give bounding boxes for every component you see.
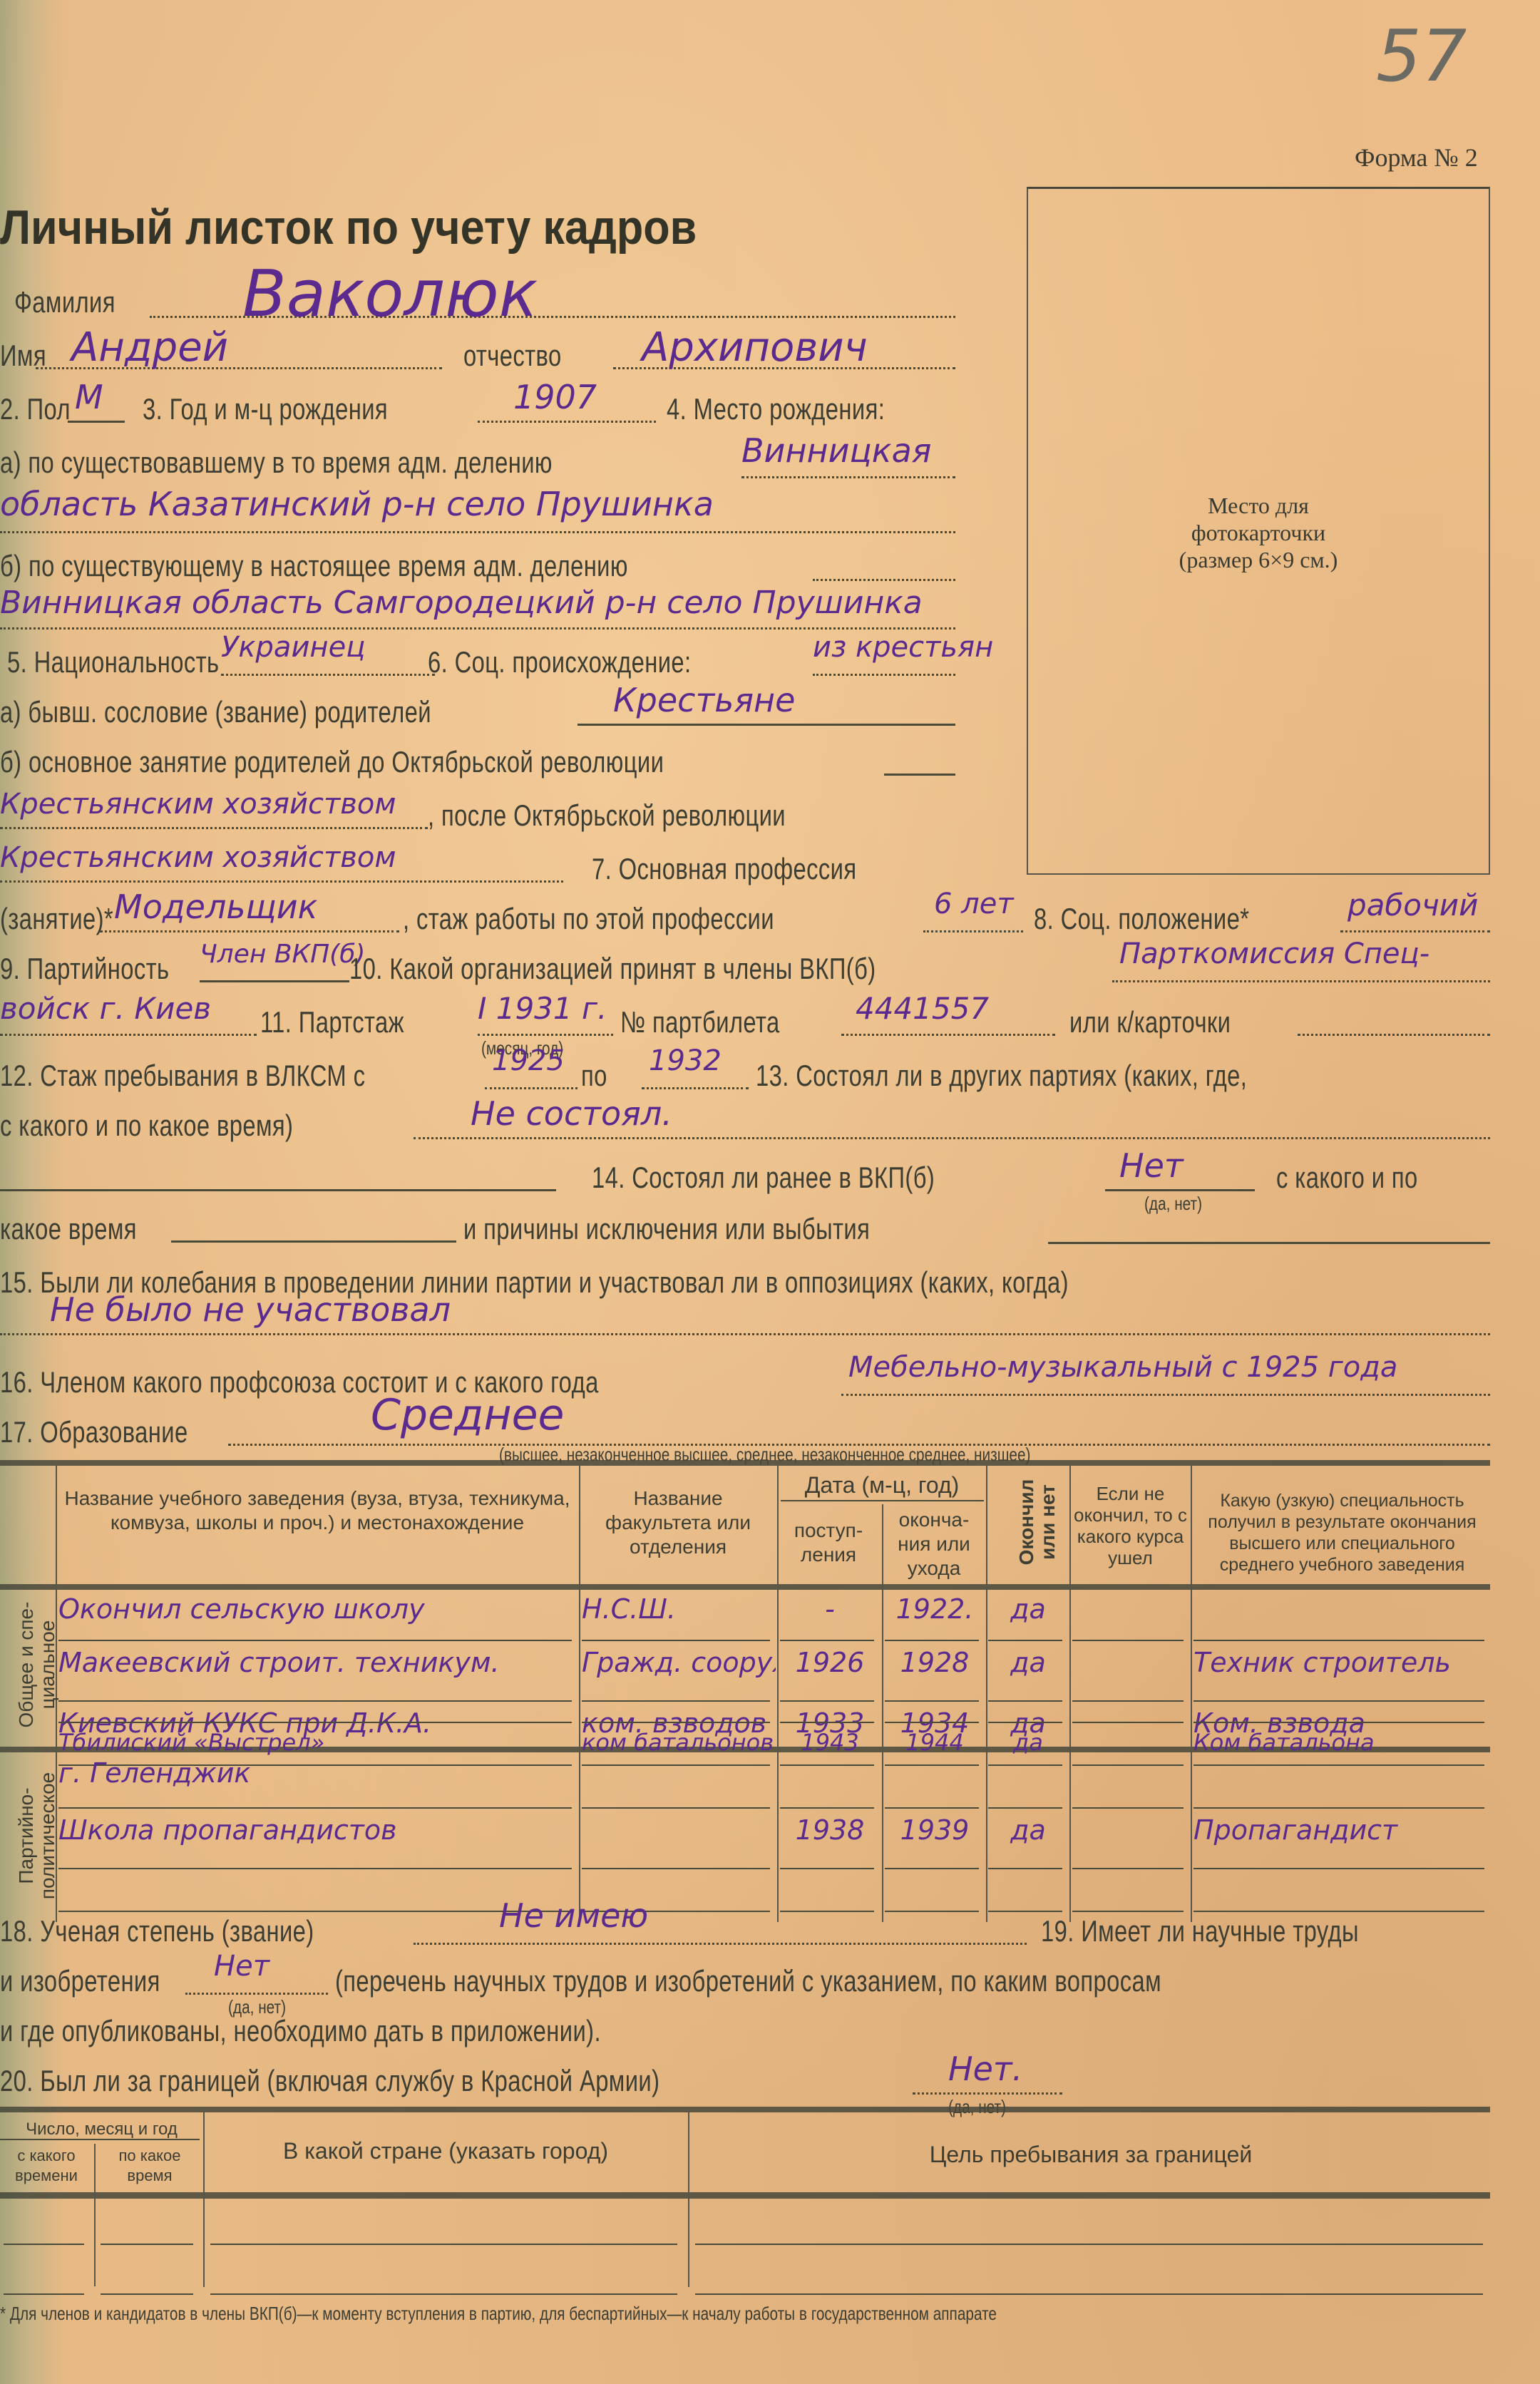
header-finished: Окончил или нет bbox=[1016, 1465, 1059, 1579]
edu-row-line bbox=[582, 1807, 770, 1809]
abroad-row-line bbox=[210, 2293, 677, 2295]
nationality-value[interactable]: Украинец bbox=[221, 631, 365, 664]
surname-value[interactable]: Ваколюк bbox=[242, 257, 538, 332]
social-origin-label: 6. Соц. происхождение: bbox=[428, 645, 692, 679]
works-note: (перечень научных трудов и изобретений с… bbox=[335, 1964, 1161, 1998]
abroad-row-line bbox=[695, 2244, 1483, 2245]
photo-box-caption: Место для фотокарточки (размер 6×9 см.) bbox=[1027, 492, 1490, 573]
prev-vkp-value[interactable]: Нет bbox=[1119, 1146, 1184, 1185]
party-since-value[interactable]: I 1931 г. bbox=[478, 991, 607, 1026]
parents-occupation-before-value[interactable]: Крестьянским хозяйством bbox=[0, 788, 396, 821]
edu-row-line bbox=[582, 1640, 770, 1641]
works-label2: и изобретения bbox=[0, 1964, 160, 1998]
edu-row-line bbox=[1072, 1700, 1184, 1702]
edu-cell-exit[interactable]: 1939 bbox=[885, 1814, 985, 1846]
edu-row-line bbox=[58, 1807, 572, 1809]
works-label: 19. Имеет ли научные труды bbox=[1041, 1914, 1359, 1948]
form-number: Форма № 2 bbox=[1355, 143, 1478, 173]
abroad-header-from: с какого времени bbox=[0, 2146, 93, 2186]
header-institution: Название учебного заведения (вуза, втуза… bbox=[57, 1486, 577, 1535]
degree-label: 18. Ученая степень (звание) bbox=[0, 1914, 314, 1948]
abroad-row-line bbox=[101, 2293, 193, 2295]
header-faculty: Название факультета или отделения bbox=[581, 1486, 775, 1559]
edu-row-line bbox=[58, 1722, 572, 1723]
header-exit: оконча-ния или ухода bbox=[884, 1508, 984, 1581]
edu-row-line bbox=[1193, 1807, 1484, 1809]
opposition-value[interactable]: Не было не участвовал bbox=[50, 1290, 451, 1329]
komsomol-to-label: по bbox=[581, 1059, 607, 1093]
parents-occupation-after-label: , после Октябрьской революции bbox=[428, 798, 786, 833]
edu-cell-institution[interactable]: Тбилиский «Выстрел» bbox=[58, 1729, 577, 1756]
trade-union-value[interactable]: Мебельно-музыкальный с 1925 года bbox=[848, 1351, 1397, 1384]
works-value[interactable]: Нет bbox=[214, 1950, 269, 1983]
komsomol-from[interactable]: 1925 bbox=[492, 1044, 565, 1077]
edu-row-line bbox=[780, 1764, 874, 1766]
birth-place-now-label: б) по существующему в настоящее время ад… bbox=[0, 549, 628, 583]
edu-row-line bbox=[780, 1807, 874, 1809]
prev-vkp-label4: и причины исключения или выбытия bbox=[463, 1212, 870, 1246]
abroad-row-line bbox=[4, 2293, 84, 2295]
edu-cell-exit[interactable]: 1944 bbox=[885, 1729, 985, 1756]
birth-place-now-value[interactable]: Винницкая область Самгородецкий р-н село… bbox=[0, 585, 923, 621]
header-entry: поступ-ления bbox=[779, 1519, 878, 1567]
edu-cell-faculty[interactable]: Н.С.Ш. bbox=[582, 1593, 776, 1625]
edu-row-line bbox=[988, 1911, 1062, 1912]
party-value[interactable]: Член ВКП(б) bbox=[200, 940, 365, 969]
edu-row-line bbox=[1193, 1700, 1484, 1702]
edu-row-line bbox=[988, 1764, 1062, 1766]
abroad-row-line bbox=[4, 2244, 84, 2245]
education-value[interactable]: Среднее bbox=[371, 1390, 564, 1440]
edu-row-line bbox=[885, 1911, 979, 1912]
edu-row-line bbox=[988, 1868, 1062, 1869]
abroad-row-line bbox=[101, 2244, 193, 2245]
profession-label2: (занятие)* bbox=[0, 902, 113, 936]
sex-label: 2. Пол bbox=[0, 392, 71, 426]
parents-estate-label: а) бывш. сословие (звание) родителей bbox=[0, 695, 431, 729]
edu-cell-faculty[interactable]: Гражд. сооруж. bbox=[582, 1647, 776, 1678]
edu-cell-specialty[interactable]: Ком батальона bbox=[1193, 1729, 1490, 1756]
edu-cell-institution[interactable]: Окончил сельскую школу bbox=[58, 1593, 577, 1625]
birth-place-then-value-2[interactable]: область Казатинский р-н село Прушинка bbox=[0, 485, 714, 523]
edu-cell-finished[interactable]: да bbox=[988, 1729, 1068, 1756]
edu-row-line bbox=[582, 1722, 770, 1723]
page-number: 57 bbox=[1376, 14, 1467, 98]
edu-row-line bbox=[1193, 1868, 1484, 1869]
other-parties-label2: с какого и по какое время) bbox=[0, 1109, 293, 1143]
parents-occupation-label: б) основное занятие родителей до Октябрь… bbox=[0, 745, 664, 779]
profession-label: 7. Основная профессия bbox=[592, 852, 856, 886]
edu-row-line bbox=[1193, 1722, 1484, 1723]
footnote: * Для членов и кандидатов в члены ВКП(б)… bbox=[0, 2303, 997, 2325]
party-label: 9. Партийность bbox=[0, 952, 170, 986]
edu-cell-entry[interactable]: 1943 bbox=[780, 1729, 880, 1756]
other-parties-value[interactable]: Не состоял. bbox=[471, 1094, 672, 1133]
edu-row-line bbox=[58, 1700, 572, 1702]
edu-row-line bbox=[1193, 1764, 1484, 1766]
edu-cell-entry[interactable]: 1926 bbox=[780, 1647, 880, 1678]
edu-row-line bbox=[1072, 1764, 1184, 1766]
experience-value[interactable]: 6 лет bbox=[934, 888, 1014, 920]
edu-cell-finished[interactable]: да bbox=[988, 1593, 1068, 1625]
edu-row-line bbox=[988, 1807, 1062, 1809]
admitted-by-label: 10. Какой организацией принят в члены ВК… bbox=[349, 952, 876, 986]
edu-row-line bbox=[885, 1764, 979, 1766]
works-note2: и где опубликованы, необходимо дать в пр… bbox=[0, 2014, 601, 2048]
prev-vkp-label: 14. Состоял ли ранее в ВКП(б) bbox=[592, 1161, 935, 1195]
name-value[interactable]: Андрей bbox=[71, 324, 228, 371]
abroad-value[interactable]: Нет. bbox=[948, 2050, 1022, 2088]
profession-value[interactable]: Модельщик bbox=[114, 888, 317, 926]
edu-cell-finished[interactable]: да bbox=[988, 1814, 1068, 1846]
group-label-general: Общее и спе-циальное bbox=[16, 1590, 58, 1740]
birth-place-then-value-1[interactable]: Винницкая bbox=[741, 431, 931, 470]
education-label: 17. Образование bbox=[0, 1415, 188, 1449]
edu-row-line bbox=[780, 1722, 874, 1723]
edu-row-line bbox=[1193, 1911, 1484, 1912]
edu-row-line bbox=[58, 1911, 572, 1912]
page-title: Личный листок по учету кадров bbox=[0, 200, 697, 255]
abroad-row-line bbox=[695, 2293, 1483, 2295]
edu-row-line bbox=[885, 1868, 979, 1869]
abroad-header-purpose: Цель пребывания за границей bbox=[692, 2142, 1490, 2167]
edu-cell-institution[interactable]: г. Геленджик bbox=[58, 1757, 577, 1789]
edu-row-line bbox=[780, 1911, 874, 1912]
edu-row-line bbox=[582, 1700, 770, 1702]
edu-cell-finished[interactable]: да bbox=[988, 1647, 1068, 1678]
social-origin-value[interactable]: из крестьян bbox=[813, 631, 993, 664]
edu-cell-specialty[interactable]: Пропагандист bbox=[1193, 1814, 1490, 1846]
social-position-label: 8. Соц. положение* bbox=[1034, 902, 1249, 936]
edu-row-line bbox=[780, 1868, 874, 1869]
edu-row-line bbox=[58, 1868, 572, 1869]
photo-caption-line1: Место для bbox=[1027, 492, 1490, 519]
edu-row-line bbox=[780, 1640, 874, 1641]
patronymic-label: отчество bbox=[463, 339, 562, 373]
edu-row-line bbox=[885, 1640, 979, 1641]
edu-cell-faculty[interactable]: ком батальонов bbox=[582, 1729, 776, 1756]
other-parties-label: 13. Состоял ли в других партиях (каких, … bbox=[756, 1059, 1247, 1093]
birth-year-label: 3. Год и м-ц рождения bbox=[143, 392, 388, 426]
prev-vkp-hint: (да, нет) bbox=[1144, 1193, 1202, 1215]
admitted-by-value-2[interactable]: войск г. Киев bbox=[0, 991, 211, 1026]
abroad-label: 20. Был ли за границей (включая службу в… bbox=[0, 2064, 659, 2098]
edu-cell-specialty[interactable]: Техник строитель bbox=[1193, 1647, 1490, 1678]
edu-row-line bbox=[1072, 1868, 1184, 1869]
sex-value[interactable]: М bbox=[75, 378, 103, 416]
komsomol-to[interactable]: 1932 bbox=[649, 1044, 722, 1077]
edu-cell-institution[interactable]: Школа пропагандистов bbox=[58, 1814, 577, 1846]
abroad-row-line bbox=[210, 2244, 677, 2245]
komsomol-label: 12. Стаж пребывания в ВЛКСМ с bbox=[0, 1059, 365, 1093]
edu-row-line bbox=[1193, 1640, 1484, 1641]
edu-row-line bbox=[885, 1807, 979, 1809]
edu-cell-entry[interactable]: - bbox=[780, 1593, 880, 1625]
header-date: Дата (м-ц, год) bbox=[779, 1473, 985, 1497]
experience-label: , стаж работы по этой профессии bbox=[403, 902, 774, 936]
edu-row-line bbox=[58, 1640, 572, 1641]
parents-estate-value[interactable]: Крестьяне bbox=[613, 681, 795, 719]
birth-place-label: 4. Место рождения: bbox=[667, 392, 885, 426]
prev-vkp-label3: какое время bbox=[0, 1212, 137, 1246]
party-since-label: 11. Партстаж bbox=[260, 1005, 404, 1039]
edu-row-line bbox=[988, 1640, 1062, 1641]
edu-row-line bbox=[582, 1868, 770, 1869]
header-specialty: Какую (узкую) специальность получил в ре… bbox=[1194, 1490, 1490, 1576]
social-position-value[interactable]: рабочий bbox=[1347, 888, 1478, 923]
abroad-table-header-rule bbox=[0, 2192, 1490, 2199]
degree-value[interactable]: Не имею bbox=[499, 1896, 648, 1935]
edu-row-line bbox=[780, 1700, 874, 1702]
surname-label: Фамилия bbox=[14, 285, 115, 319]
edu-row-line bbox=[988, 1722, 1062, 1723]
abroad-header-date: Число, месяц и год bbox=[0, 2117, 203, 2142]
edu-table-top-rule bbox=[0, 1460, 1490, 1466]
edu-row-line bbox=[1072, 1807, 1184, 1809]
birth-place-then-label: а) по существовавшему в то время адм. де… bbox=[0, 446, 553, 480]
edu-cell-entry[interactable]: 1938 bbox=[780, 1814, 880, 1846]
abroad-header-country: В какой стране (указать город) bbox=[207, 2139, 684, 2163]
edu-row-line bbox=[1072, 1911, 1184, 1912]
edu-row-line bbox=[1072, 1722, 1184, 1723]
group-label-party: Партийно-политическое bbox=[16, 1754, 58, 1918]
edu-table-header-rule bbox=[0, 1584, 1490, 1590]
edu-row-line bbox=[988, 1700, 1062, 1702]
photo-caption-line2: фотокарточки bbox=[1027, 519, 1490, 546]
party-card-label: № партбилета bbox=[620, 1005, 780, 1039]
alt-card-label: или к/карточки bbox=[1069, 1005, 1231, 1039]
abroad-table-top-rule bbox=[0, 2107, 1490, 2112]
abroad-header-to: по какое время bbox=[96, 2146, 203, 2186]
patronymic-value[interactable]: Архипович bbox=[642, 324, 868, 371]
edu-cell-institution[interactable]: Макеевский строит. техникум. bbox=[58, 1647, 577, 1678]
edu-cell-exit[interactable]: 1922. bbox=[885, 1593, 985, 1625]
admitted-by-value-1[interactable]: Парткомиссия Спец- bbox=[1119, 937, 1429, 970]
parents-occupation-after-value[interactable]: Крестьянским хозяйством bbox=[0, 841, 396, 874]
header-course-left: Если не окончил, то с какого курса ушел bbox=[1072, 1483, 1189, 1568]
prev-vkp-label2: с какого и по bbox=[1276, 1161, 1418, 1195]
photo-caption-line3: (размер 6×9 см.) bbox=[1027, 546, 1490, 573]
nationality-label: 5. Национальность bbox=[7, 645, 219, 679]
edu-cell-exit[interactable]: 1928 bbox=[885, 1647, 985, 1678]
party-card-value[interactable]: 4441557 bbox=[856, 991, 989, 1026]
edu-row-line bbox=[1072, 1640, 1184, 1641]
edu-row-line bbox=[885, 1722, 979, 1723]
edu-row-line bbox=[885, 1700, 979, 1702]
edu-row-line bbox=[582, 1764, 770, 1766]
birth-year-value[interactable]: 1907 bbox=[513, 378, 597, 416]
